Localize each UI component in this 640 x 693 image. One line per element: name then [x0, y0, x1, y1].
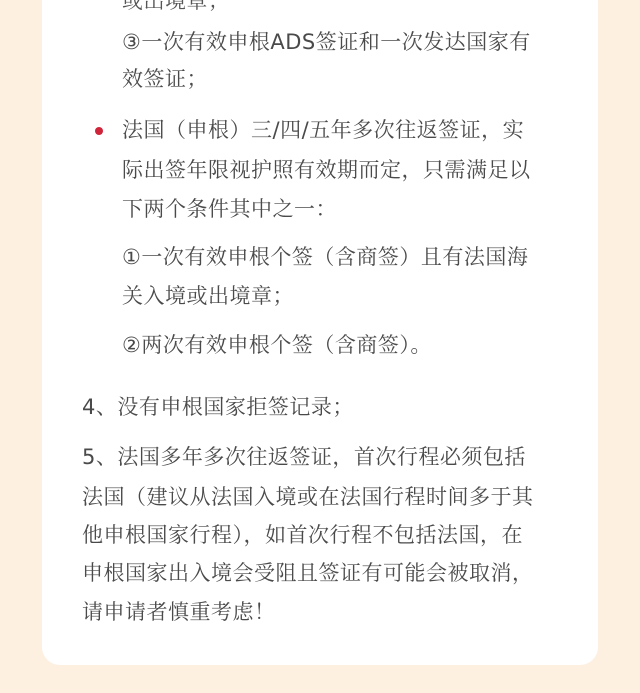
item3-line2: 效签证；	[122, 64, 208, 94]
point5-line5: 请申请者慎重考虑！	[82, 597, 276, 627]
bullet-dot-icon	[95, 127, 103, 135]
partial-top-line: 或出境章；	[122, 0, 230, 16]
bullet-line1: 法国（申根）三/四/五年多次往返签证，实	[122, 115, 524, 145]
condition1-line1: ①一次有效申根个签（含商签）且有法国海	[122, 242, 528, 272]
point5-line4: 申根国家出入境会受阻且签证有可能会被取消，	[82, 558, 534, 588]
condition2-line1: ②两次有效申根个签（含商签）。	[122, 330, 432, 360]
item3-line1: ③一次有效申根ADS签证和一次发达国家有	[122, 27, 531, 57]
bullet-line2: 际出签年限视护照有效期而定，只需满足以	[122, 155, 531, 185]
point5-line2: 法国（建议从法国入境或在法国行程时间多于其	[82, 482, 534, 512]
point4: 4、没有申根国家拒签记录；	[82, 392, 354, 422]
point5-line1: 5、法国多年多次往返签证，首次行程必须包括	[82, 442, 526, 472]
point5-line3: 他申根国家行程），如首次行程不包括法国，在	[82, 520, 523, 550]
bullet-line3: 下两个条件其中之一：	[122, 194, 337, 224]
condition1-line2: 关入境或出境章；	[122, 281, 294, 311]
